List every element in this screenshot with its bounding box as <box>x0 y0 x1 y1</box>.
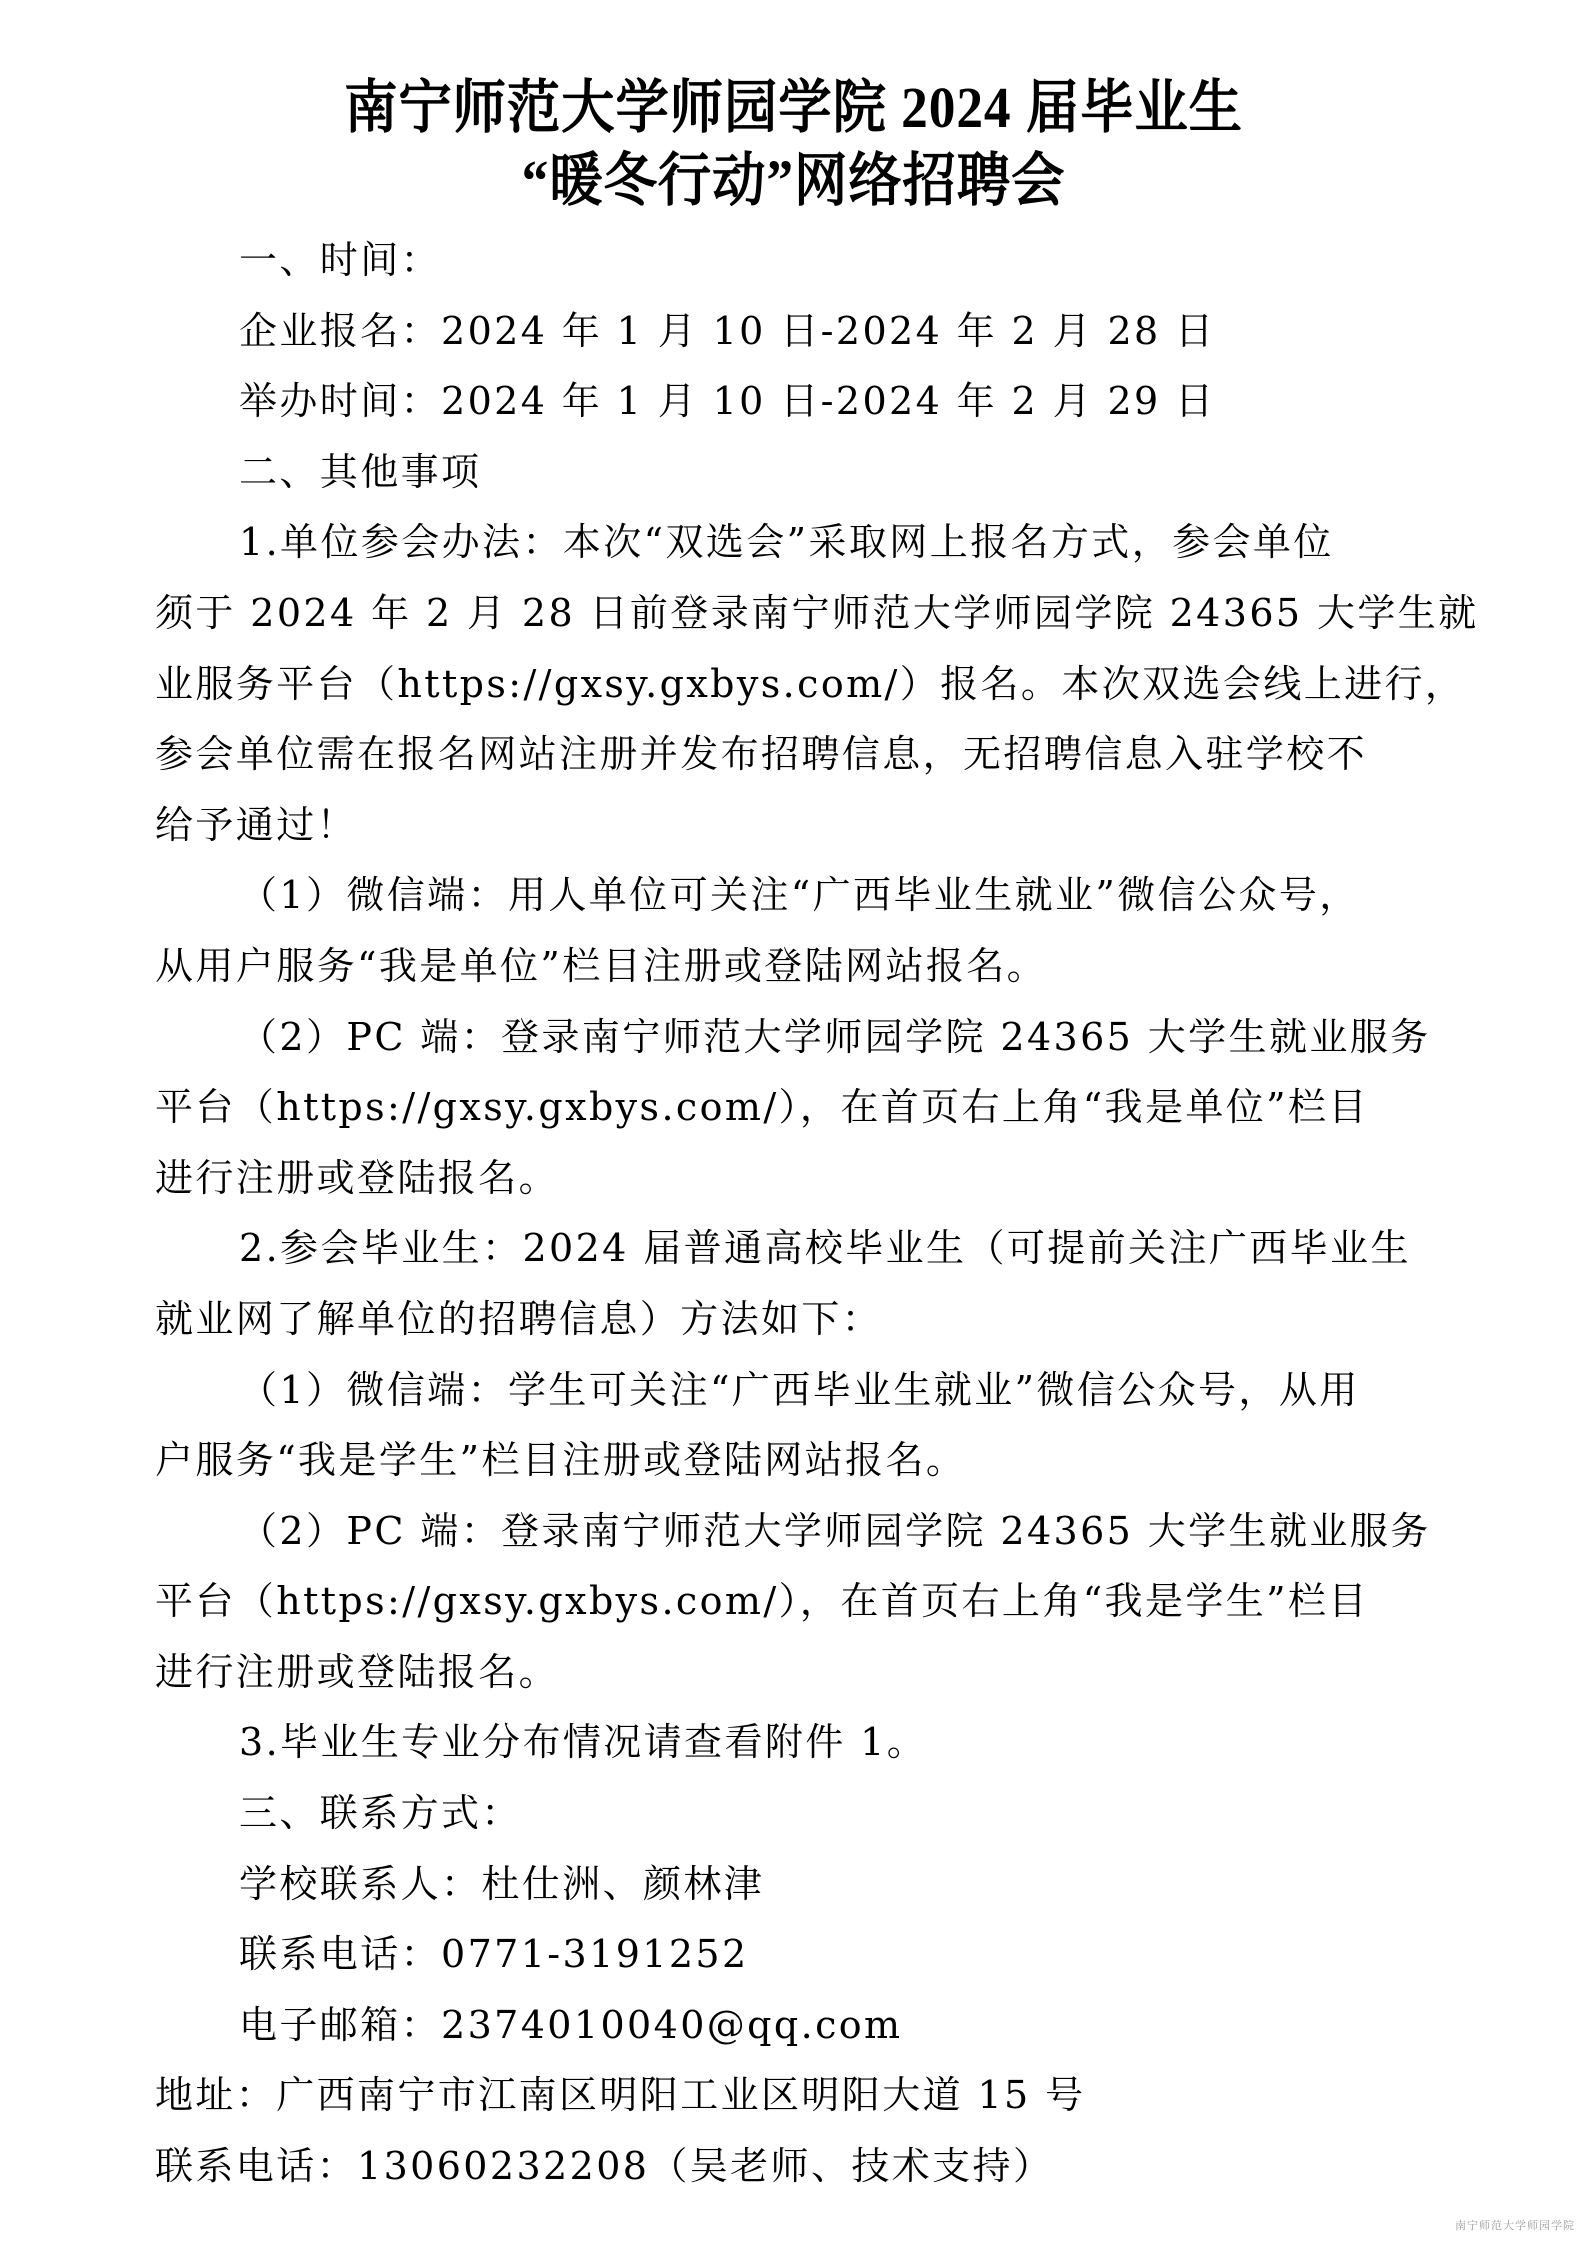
item1-line-1: 1.单位参会办法：本次“双选会”采取网上报名方式，参会单位 <box>155 507 1445 578</box>
item1-line-3: 业服务平台（https://gxsy.gxbys.com/）报名。本次双选会线上… <box>155 649 1445 720</box>
item1-pc-line-3: 进行注册或登陆报名。 <box>155 1143 1445 1214</box>
item1-line-2: 须于 2024 年 2 月 28 日前登录南宁师范大学师园学院 24365 大学… <box>155 578 1445 649</box>
contact-email: 电子邮箱：2374010040@qq.com <box>155 1990 1445 2061</box>
document-title-line-1: 南宁师范大学师园学院 2024 届毕业生 <box>63 72 1523 144</box>
school-contacts: 学校联系人：杜仕洲、颜林津 <box>155 1849 1445 1920</box>
watermark: 南宁师范大学师园学院 <box>1455 2217 1575 2233</box>
item2-pc-line-2: 平台（https://gxsy.gxbys.com/），在首页右上角“我是学生”… <box>155 1566 1445 1637</box>
item2-line-1: 2.参会毕业生：2024 届普通高校毕业生（可提前关注广西毕业生 <box>155 1213 1445 1284</box>
item2-line-2: 就业网了解单位的招聘信息）方法如下： <box>155 1284 1445 1355</box>
item2-pc-line-1: （2）PC 端：登录南宁师范大学师园学院 24365 大学生就业服务 <box>155 1496 1445 1567</box>
item2-pc-line-3: 进行注册或登陆报名。 <box>155 1637 1445 1708</box>
document-body: 一、时间： 企业报名：2024 年 1 月 10 日-2024 年 2 月 28… <box>155 225 1445 2202</box>
section-heading-contact: 三、联系方式： <box>155 1778 1445 1849</box>
item2-wechat-line-2: 户服务“我是学生”栏目注册或登陆网站报名。 <box>155 1425 1445 1496</box>
section-heading-other: 二、其他事项 <box>155 437 1445 508</box>
item2-wechat-line-1: （1）微信端：学生可关注“广西毕业生就业”微信公众号，从用 <box>155 1355 1445 1426</box>
tech-support-phone: 联系电话：13060232208（吴老师、技术支持） <box>155 2131 1445 2202</box>
section-heading-time: 一、时间： <box>155 225 1445 296</box>
document-title-line-2: “暖冬行动”网络招聘会 <box>63 145 1523 217</box>
contact-phone: 联系电话：0771-3191252 <box>155 1919 1445 1990</box>
enterprise-registration-period: 企业报名：2024 年 1 月 10 日-2024 年 2 月 28 日 <box>155 296 1445 367</box>
item1-pc-line-1: （2）PC 端：登录南宁师范大学师园学院 24365 大学生就业服务 <box>155 1002 1445 1073</box>
item1-line-4: 参会单位需在报名网站注册并发布招聘信息，无招聘信息入驻学校不 <box>155 719 1445 790</box>
item3-line: 3.毕业生专业分布情况请查看附件 1。 <box>155 1707 1445 1778</box>
item1-wechat-line-1: （1）微信端：用人单位可关注“广西毕业生就业”微信公众号， <box>155 860 1445 931</box>
event-period: 举办时间：2024 年 1 月 10 日-2024 年 2 月 29 日 <box>155 366 1445 437</box>
item1-wechat-line-2: 从用户服务“我是单位”栏目注册或登陆网站报名。 <box>155 931 1445 1002</box>
item1-pc-line-2: 平台（https://gxsy.gxbys.com/），在首页右上角“我是单位”… <box>155 1072 1445 1143</box>
item1-line-5: 给予通过！ <box>155 790 1445 861</box>
document-page: 南宁师范大学师园学院 2024 届毕业生 “暖冬行动”网络招聘会 一、时间： 企… <box>0 0 1587 2245</box>
contact-address: 地址：广西南宁市江南区明阳工业区明阳大道 15 号 <box>155 2060 1445 2131</box>
